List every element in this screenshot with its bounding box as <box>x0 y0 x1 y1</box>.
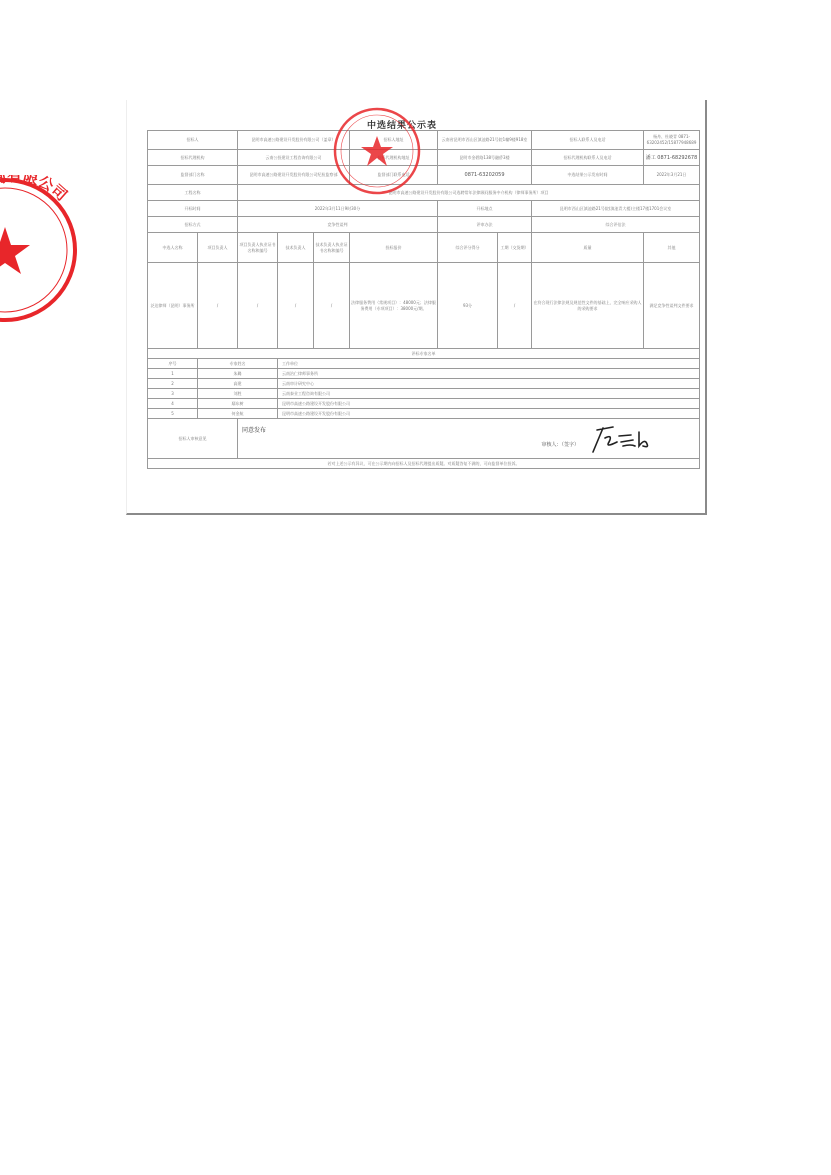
review-row: 招标人审核意见 同意发布 审核人：（签字） <box>148 419 700 459</box>
expert-row: 5 何金航 昆明市高速公路建设开发股份有限公司 <box>148 409 700 419</box>
signer-label: 审核人：（签字） <box>542 442 580 448</box>
info-row: 招标代理机构 云南公投建设工程咨询有限公司 招标代理机构地址 昆明市金碧路138… <box>148 150 700 166</box>
company-seal-icon <box>332 106 422 196</box>
red-seal-icon: 招标咨询有限公司 <box>0 175 80 325</box>
footer-note-row: 若对上述公示有异议，可在公示期内向招标人及招标代理提出质疑。对质疑答复不满的，可… <box>148 459 700 469</box>
left-seal: 招标咨询有限公司 <box>0 175 80 325</box>
signature-icon <box>587 424 657 454</box>
expert-row: 1 朱璐 云南治仁律师事务所 <box>148 369 700 379</box>
expert-header-row: 序号 专家姓名 工作单位 <box>148 359 700 369</box>
result-header-row: 中选人名称 项目负责人 项目负责人执业证书名称和编号 技术负责人 技术负责人执业… <box>148 233 700 263</box>
open-time-row: 开标时间 2022年3月11日9时30分 开标地点 昆明市西山区滇池路21号院(… <box>148 201 700 217</box>
expert-row: 4 鄢东树 昆明市高速公路建设开发股份有限公司 <box>148 399 700 409</box>
experts-title-row: 评标专家名单 <box>148 349 700 359</box>
info-row: 招标人 昆明市高速公路建设开发股份有限公司（盖章） 招标人地址 云南省昆明市西山… <box>148 131 700 150</box>
info-row: 监督部门名称 昆明市高速公路建设开发股份有限公司纪检监察部 监督部门联系电话 0… <box>148 166 700 185</box>
expert-row: 2 高建 云南审计研究中心 <box>148 379 700 389</box>
expert-row: 3 刘胜 云南泰业工程咨询有限公司 <box>148 389 700 399</box>
scanned-page: 中选结果公示表 招标人 昆明市高速公路建设开发股份有限公司（盖章） 招标人地址 … <box>126 100 707 515</box>
bid-method-row: 招标方式 竞争性谈判 评审办法 综合评估法 <box>148 217 700 233</box>
result-row: 泛达律师（昆明）事务所 / / / / 法律服务费用（常规项目）：48000元；… <box>148 263 700 349</box>
result-table: 招标人 昆明市高速公路建设开发股份有限公司（盖章） 招标人地址 云南省昆明市西山… <box>147 130 700 469</box>
project-name-row: 工程名称 昆明市高速公路建设开发股份有限公司选聘常年法律顾问服务中介机构（律师事… <box>148 185 700 201</box>
